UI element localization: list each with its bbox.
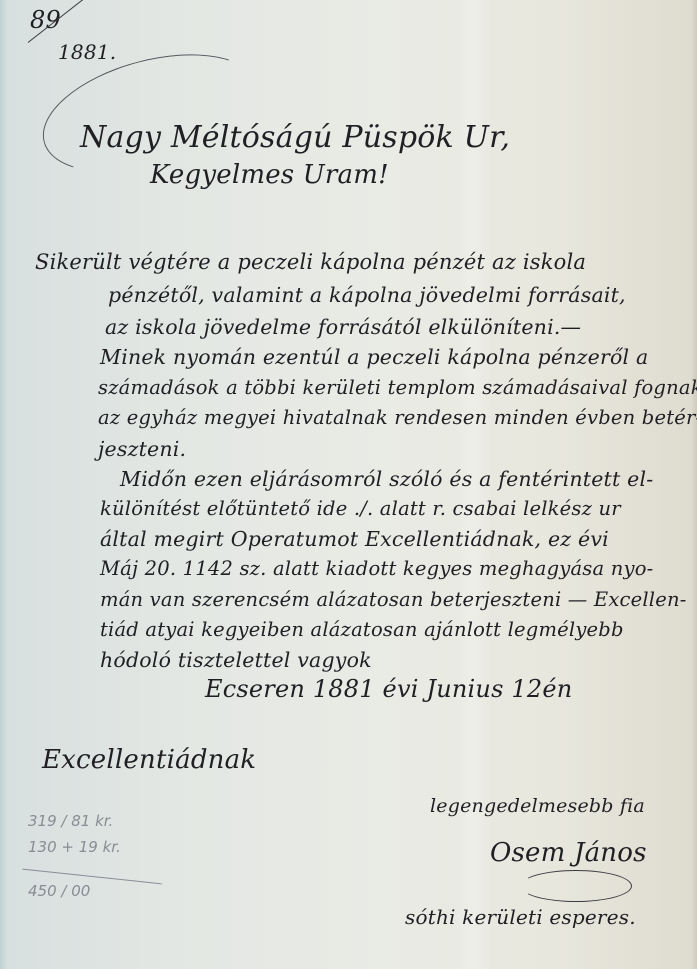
body-line: Máj 20. 1142 sz. alatt kiadott kegyes me… (100, 557, 653, 580)
salutation-line-2: Kegyelmes Uram! (150, 160, 389, 190)
body-line: hódoló tisztelettel vagyok (100, 648, 372, 672)
page-edge-right (691, 0, 697, 969)
body-line: tiád atyai kegyeiben alázatosan ajánlott… (100, 618, 624, 641)
body-line: mán van szerencsém alázatosan beterjeszt… (100, 588, 687, 611)
reference-year: 1881. (58, 40, 116, 64)
closing-phrase: legengedelmesebb fia (430, 795, 645, 817)
pencil-note-line-1: 319 / 81 kr. (28, 812, 113, 830)
pencil-note-line-2: 130 + 19 kr. (28, 838, 121, 856)
body-line: pénzétől, valamint a kápolna jövedelmi f… (108, 283, 626, 307)
body-line: Minek nyomán ezentúl a peczeli kápolna p… (100, 345, 648, 369)
body-line: Sikerült végtére a peczeli kápolna pénzé… (35, 250, 586, 274)
pencil-note-total: 450 / 00 (28, 882, 90, 900)
body-line: az egyház megyei hivatalnak rendesen min… (98, 406, 697, 429)
place-date: Ecseren 1881 évi Junius 12én (205, 675, 572, 703)
page-edge-left (0, 0, 8, 969)
body-line: által megirt Operatumot Excellentiádnak,… (100, 527, 609, 551)
body-line: Midőn ezen eljárásomról szóló és a fenté… (120, 467, 653, 491)
signature-flourish (520, 870, 632, 902)
body-line: különítést előtüntető ide ./. alatt r. c… (100, 497, 621, 520)
signatory-title: sóthi kerületi esperes. (405, 905, 636, 929)
body-line: számadások a többi kerületi templom szám… (98, 376, 697, 399)
body-line: az iskola jövedelme forrásától elkülönít… (105, 315, 581, 339)
body-line: jeszteni. (98, 437, 186, 461)
salutation-line-1: Nagy Méltóságú Püspök Ur, (80, 120, 510, 155)
addressee: Excellentiádnak (42, 745, 256, 775)
signature: Osem János (490, 838, 647, 868)
